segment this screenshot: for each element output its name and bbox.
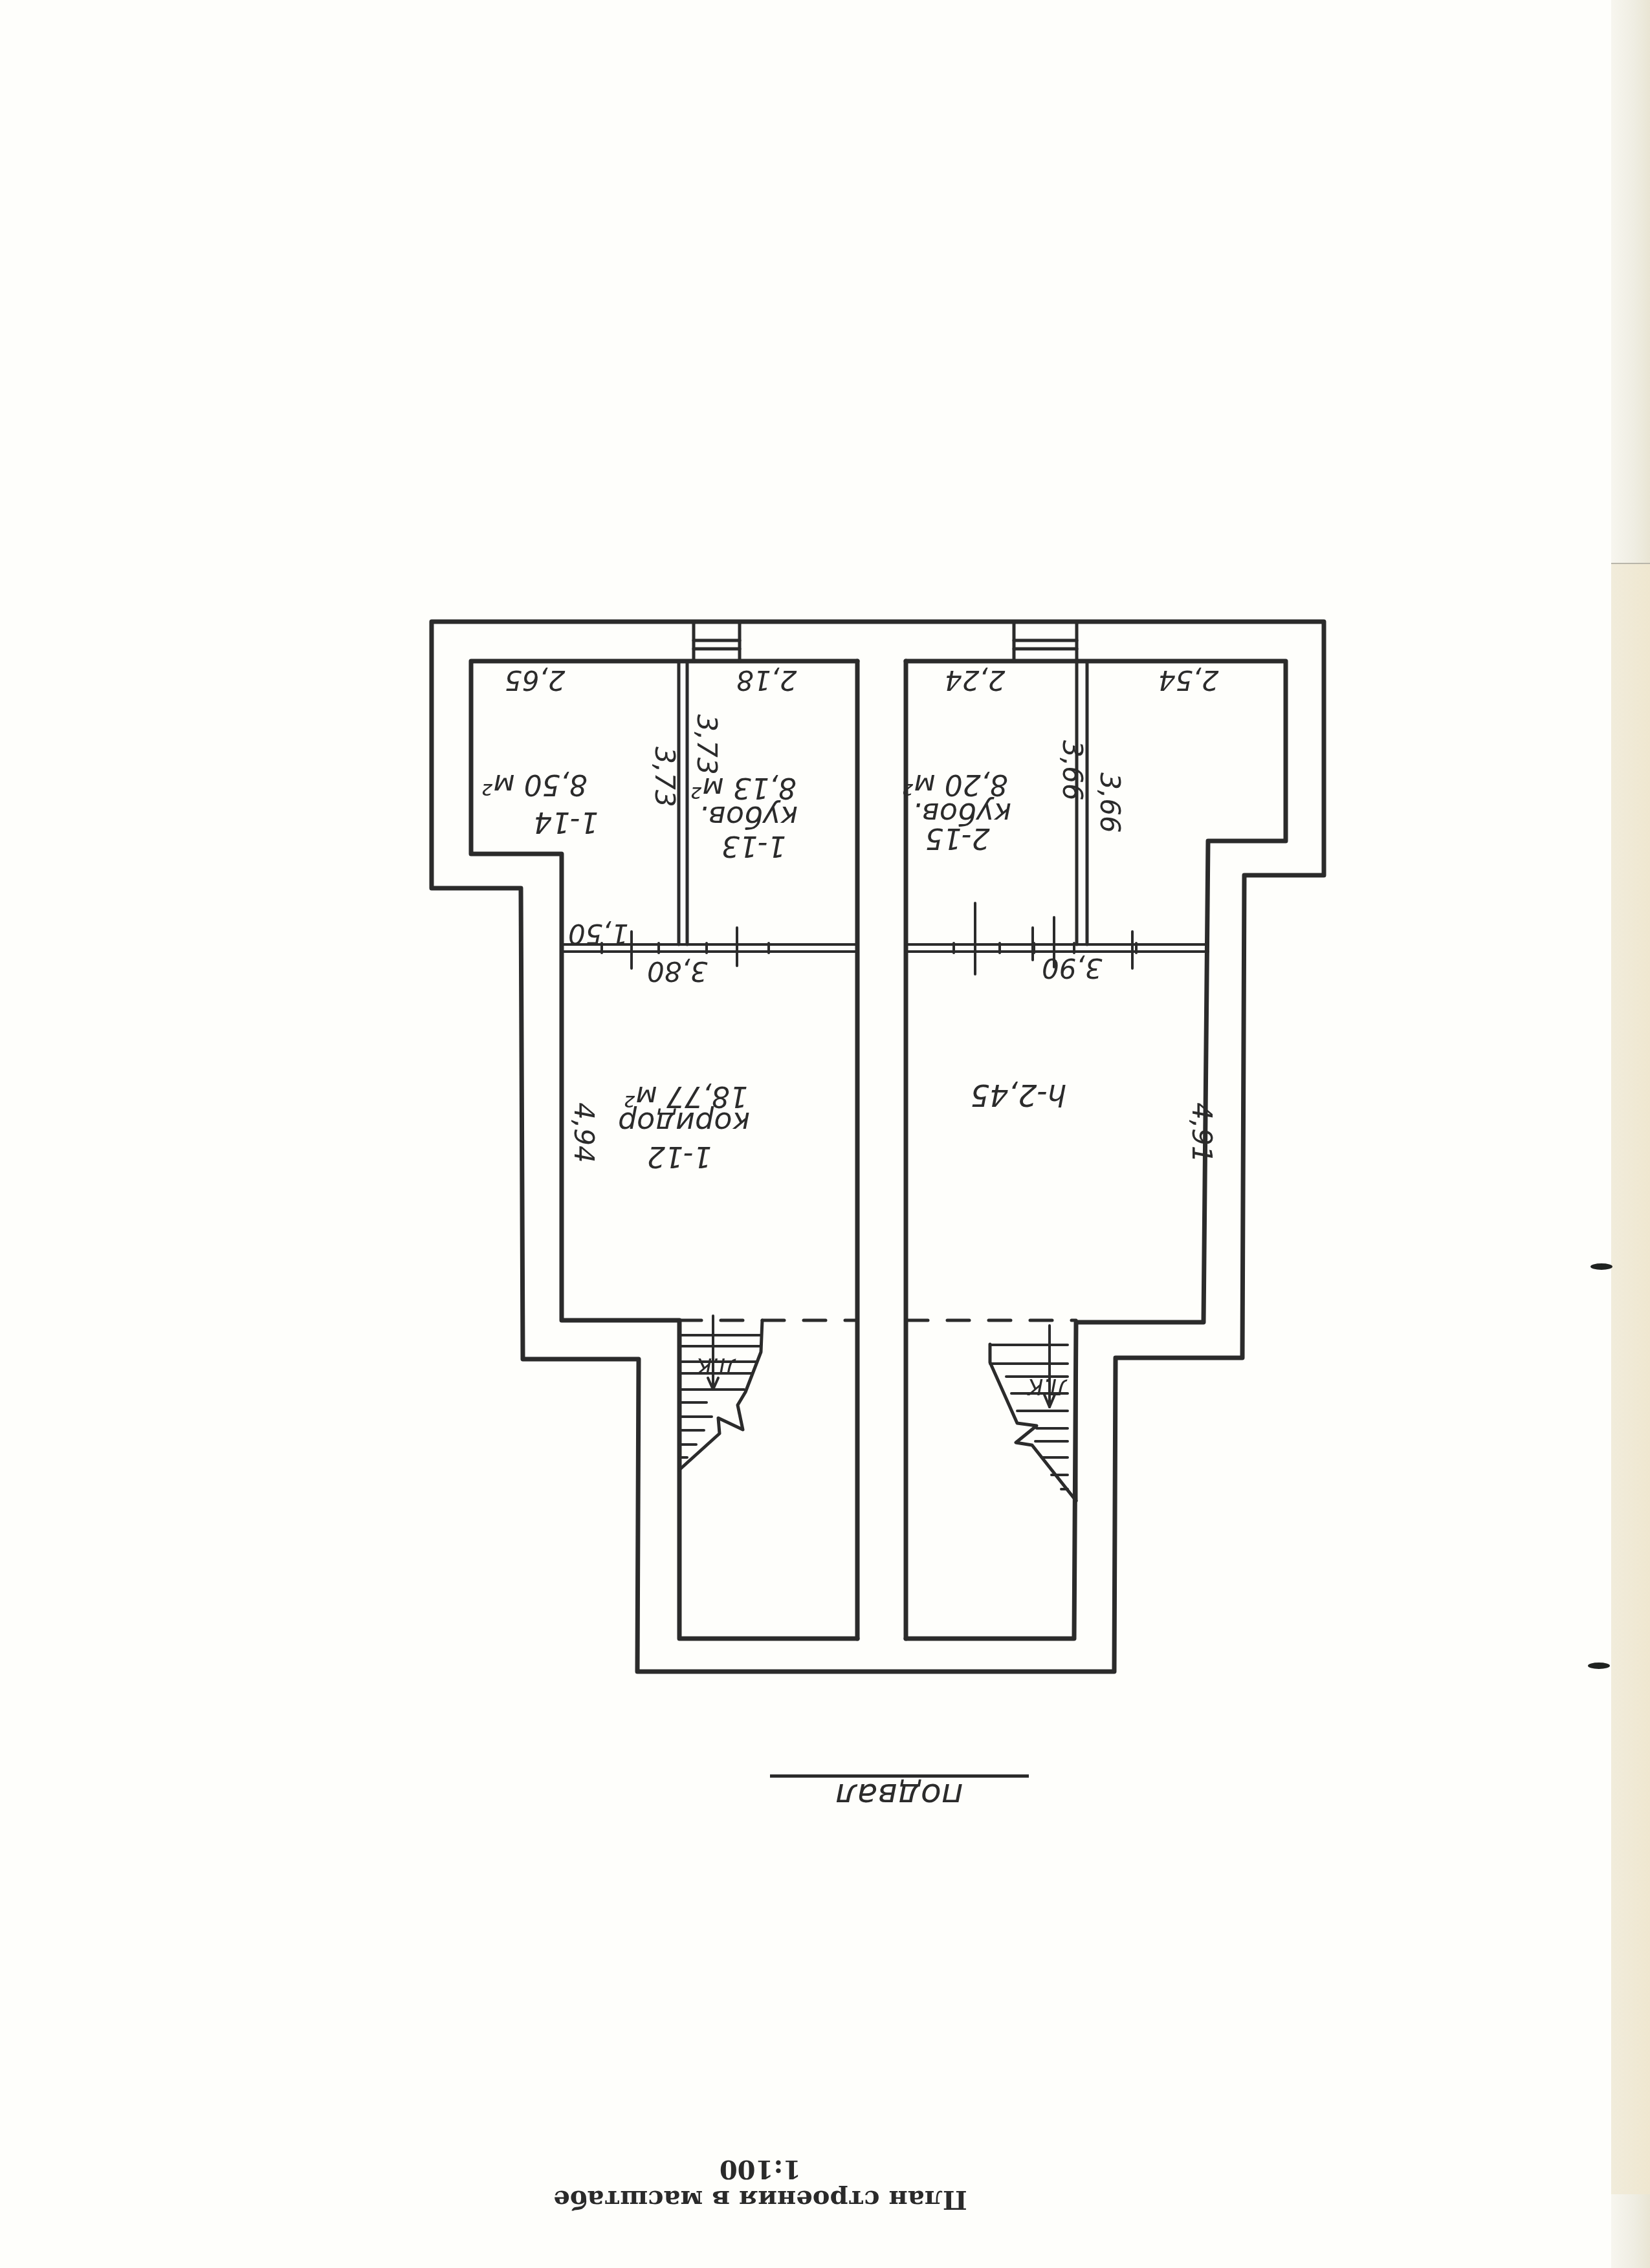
dim-room-1-13-length: 3,73: [693, 714, 720, 775]
window-left: [694, 622, 740, 661]
room-area-1-14: 8,50 м²: [482, 770, 588, 798]
dim-room-right-width: 2,54: [1158, 666, 1219, 693]
dim-room-2-15-width: 2,24: [945, 666, 1006, 693]
room-area-2-15: 8,20 м²: [903, 770, 1008, 798]
room-name-1-13: кубов.: [699, 802, 798, 832]
stair-left-icon: [679, 1316, 762, 1470]
floor-label: подвал: [776, 1776, 1022, 1815]
dim-corridor-right-length: 4,91: [1188, 1102, 1215, 1163]
dim-room-1-13-width: 2,18: [736, 666, 797, 693]
room-number-1-12: 1-12: [647, 1142, 712, 1170]
scanned-page: 1-14 8,50 м² 2,65 3,73 1-13 кубов. 8,13 …: [0, 0, 1650, 2268]
ceiling-height-label: h-2,45: [971, 1080, 1066, 1110]
dim-corridor-left-length: 4,94: [570, 1102, 597, 1163]
dim-room-right-length: 3,66: [1096, 772, 1123, 833]
dim-corridor-right-width: 3,90: [1042, 954, 1103, 981]
room-area-1-13: 8,13 м²: [691, 773, 797, 801]
room-number-1-13: 1-13: [721, 831, 786, 860]
room-name-2-15: кубов.: [912, 799, 1011, 829]
dim-room-2-15-length: 3,66: [1059, 740, 1086, 801]
stair-left-label: Л.К: [696, 1355, 736, 1377]
room-number-1-14: 1-14: [534, 807, 599, 836]
dim-door-offset-left: 1,50: [568, 920, 629, 947]
dim-room-1-14-length: 3,73: [651, 747, 678, 807]
window-right: [1014, 622, 1077, 661]
floor-plan-drawing: [0, 0, 1650, 2268]
stair-right-label: Л.К: [1028, 1375, 1067, 1397]
stair-right-icon: [990, 1322, 1076, 1501]
dim-room-1-14-width: 2,65: [505, 666, 566, 693]
dim-corridor-left-width: 3,80: [647, 957, 708, 985]
plan-caption: План строения в масштабе 1:100: [511, 2154, 1009, 2215]
room-area-1-12: 18,77 м²: [624, 1082, 748, 1110]
